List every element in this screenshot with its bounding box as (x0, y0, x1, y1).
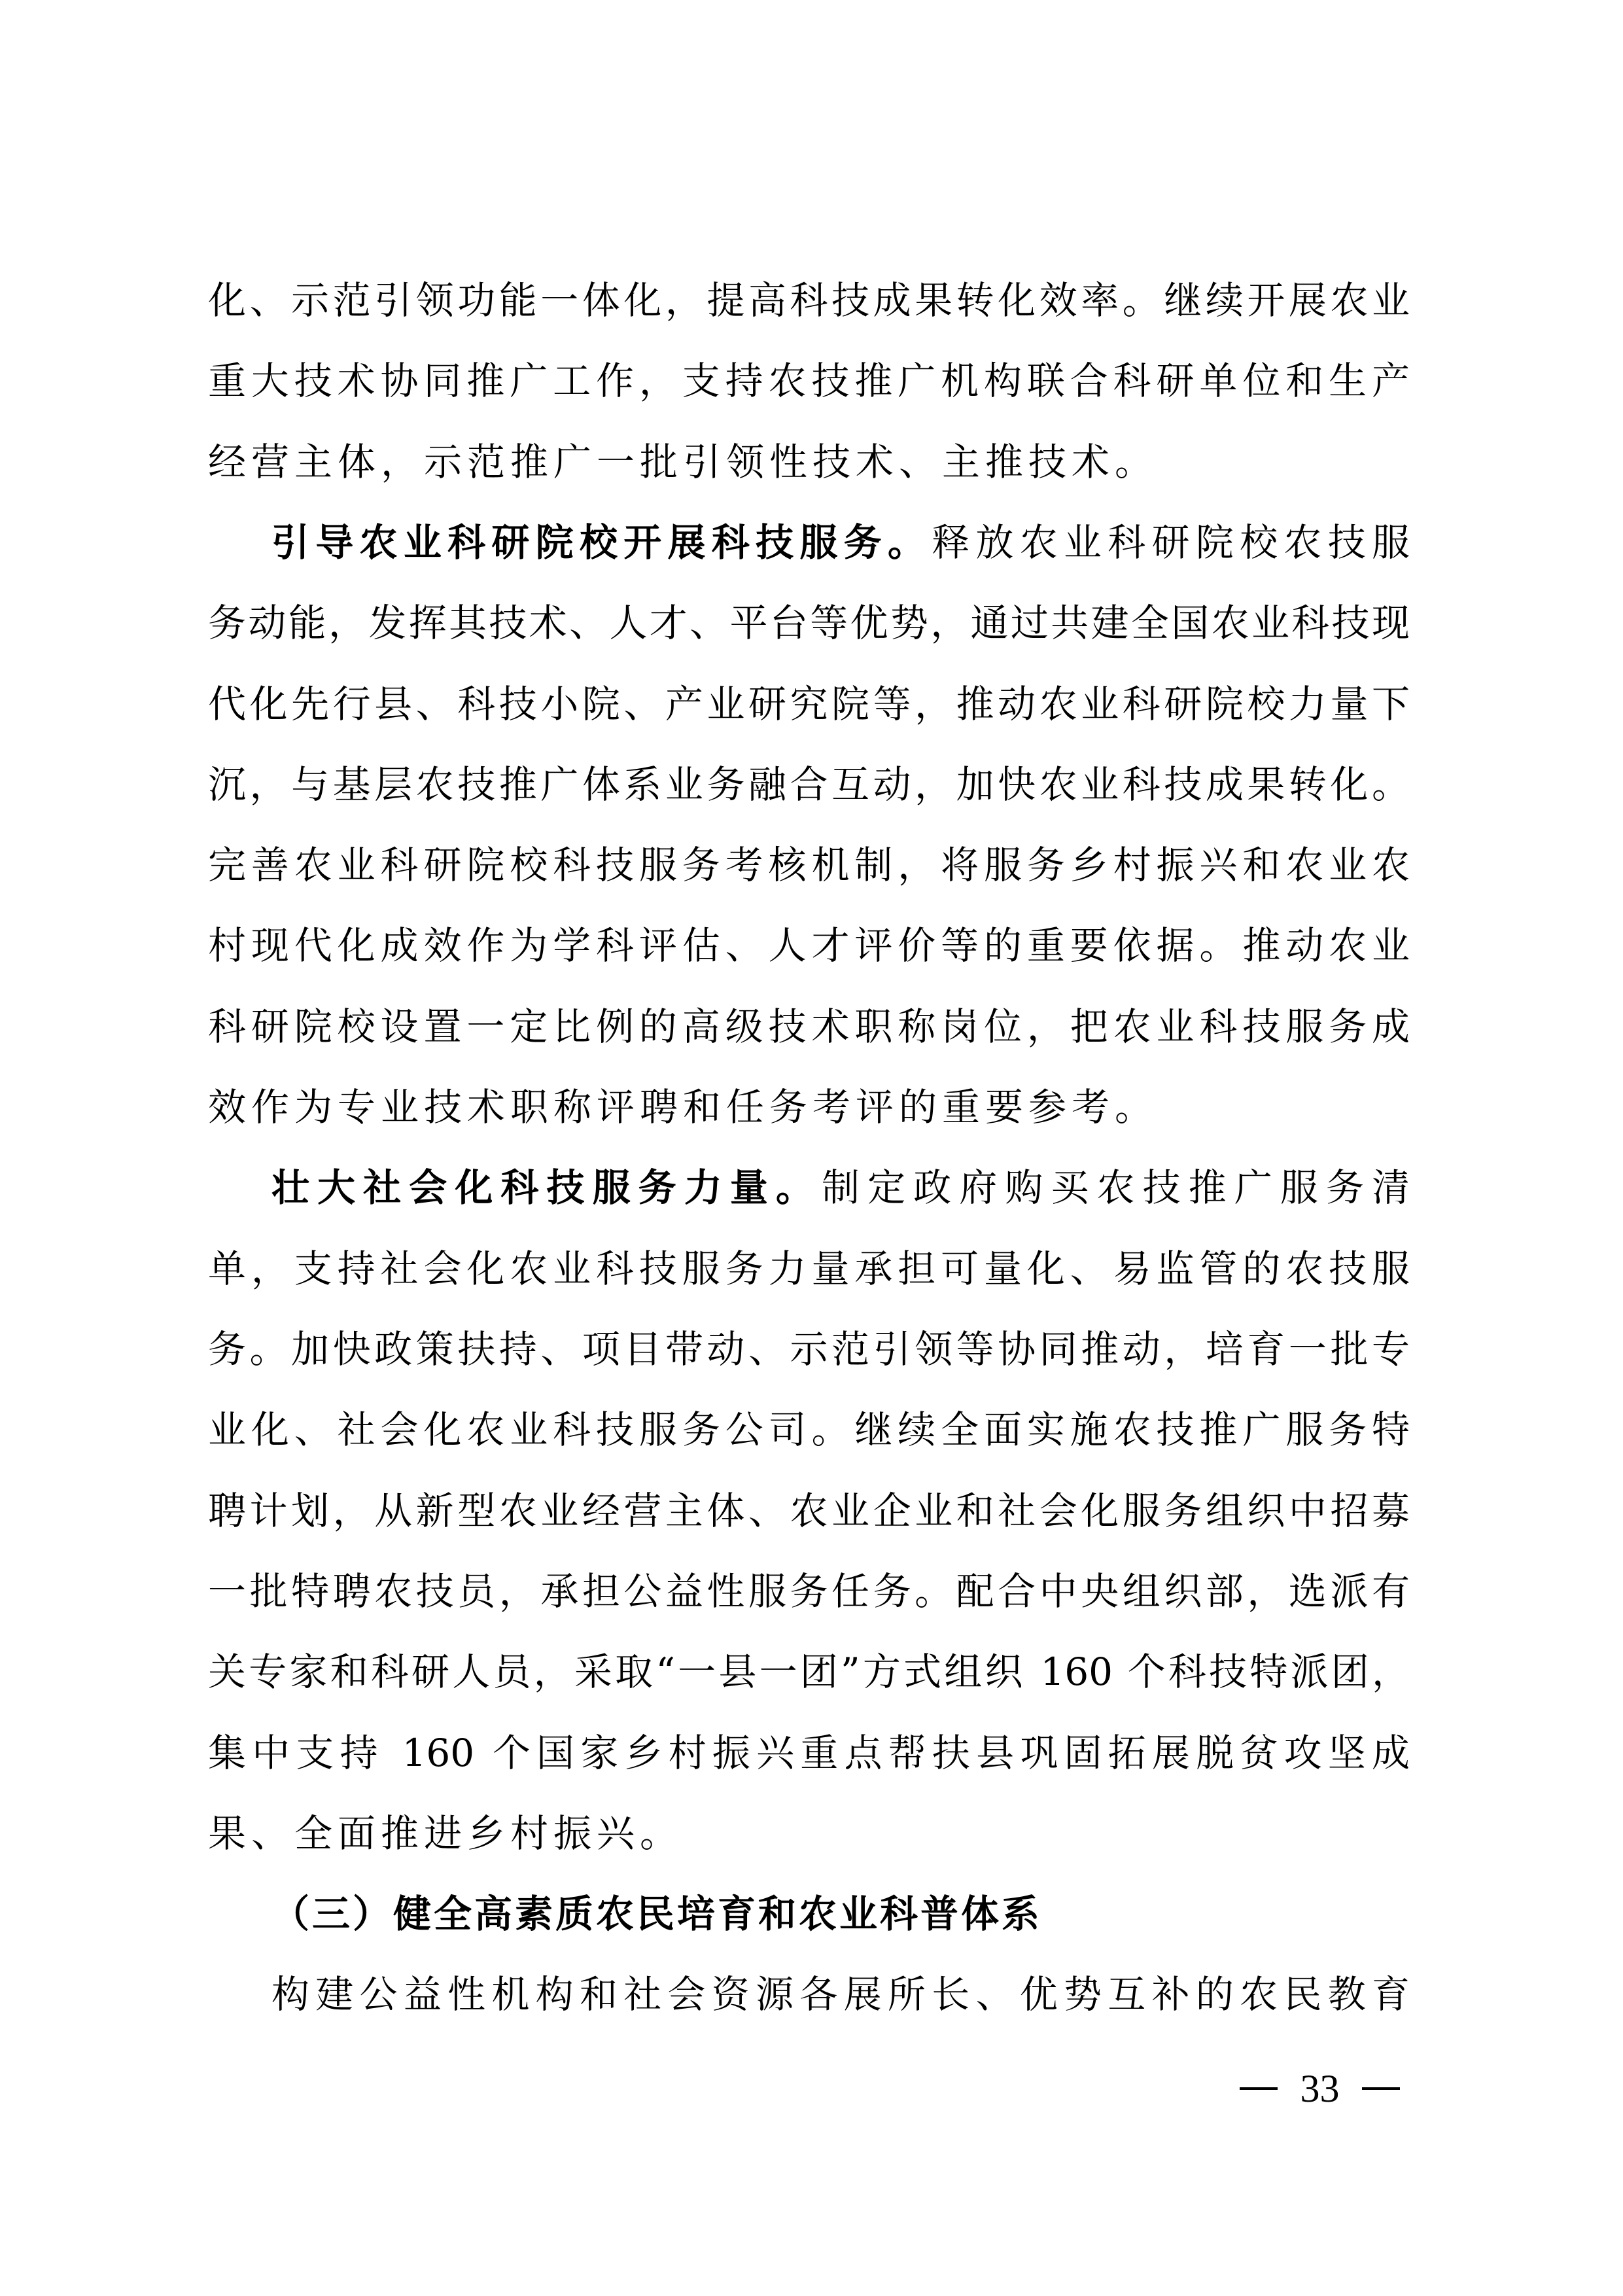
body-line: 单，支持社会化农业科技服务力量承担可量化、易监管的农技服 (208, 1247, 1410, 1328)
body-line: 完善农业科研院校科技服务考核机制，将服务乡村振兴和农业农 (208, 843, 1410, 924)
body-line: 果、全面推进乡村振兴。 (208, 1812, 1410, 1892)
dash-right (1362, 2087, 1400, 2090)
body-line: 代化先行县、科技小院、产业研究院等，推动农业科研院校力量下 (208, 682, 1410, 763)
paragraph-lead-line: 壮大社会化科技服务力量。制定政府购买农技推广服务清 (271, 1166, 1410, 1246)
body-line: 构建公益性机构和社会资源各展所长、优势互补的农民教育 (271, 1973, 1410, 2053)
body-line: 务。加快政策扶持、项目带动、示范引领等协同推动，培育一批专 (208, 1328, 1410, 1408)
body-line: 科研院校设置一定比例的高级技术职称岗位，把农业科技服务成 (208, 1005, 1410, 1086)
body-line: 效作为专业技术职称评聘和任务考评的重要参考。 (208, 1086, 1410, 1166)
paragraph-lead-title: 引导农业科研院校开展科技服务。 (271, 520, 932, 565)
body-line: 关专家和科研人员，采取“一县一团”方式组织 160 个科技特派团， (208, 1650, 1410, 1731)
dash-left (1240, 2087, 1278, 2090)
body-line: 经营主体，示范推广一批引领性技术、主推技术。 (208, 440, 1410, 521)
body-text: 释放农业科研院校农技服 (932, 520, 1410, 565)
body-line: 集中支持 160 个国家乡村振兴重点帮扶县巩固拓展脱贫攻坚成 (208, 1731, 1410, 1812)
body-line: 重大技术协同推广工作，支持农技推广机构联合科研单位和生产 (208, 359, 1410, 440)
body-line: 聘计划，从新型农业经营主体、农业企业和社会化服务组织中招募 (208, 1489, 1410, 1570)
body-line: 村现代化成效作为学科评估、人才评价等的重要依据。推动农业 (208, 924, 1410, 1004)
body-line: 业化、社会化农业科技服务公司。继续全面实施农技推广服务特 (208, 1408, 1410, 1489)
body-text: 制定政府购买农技推广服务清 (822, 1165, 1410, 1210)
page-number: 33 (1240, 2062, 1400, 2115)
body-line: 一批特聘农技员，承担公益性服务任务。配合中央组织部，选派有 (208, 1570, 1410, 1650)
paragraph-lead-line: 引导农业科研院校开展科技服务。释放农业科研院校农技服 (271, 521, 1410, 601)
body-line: 化、示范引领功能一体化，提高科技成果转化效率。继续开展农业 (208, 279, 1410, 359)
paragraph-lead-title: 壮大社会化科技服务力量。 (271, 1165, 822, 1210)
document-page: 化、示范引领功能一体化，提高科技成果转化效率。继续开展农业 重大技术协同推广工作… (0, 0, 1623, 2296)
body-line: 沉，与基层农技推广体系业务融合互动，加快农业科技成果转化。 (208, 763, 1410, 843)
section-heading: （三）健全高素质农民培育和农业科普体系 (271, 1892, 1410, 1973)
body-line: 务动能，发挥其技术、人才、平台等优势，通过共建全国农业科技现 (208, 601, 1410, 682)
page-number-text: 33 (1300, 2062, 1340, 2115)
